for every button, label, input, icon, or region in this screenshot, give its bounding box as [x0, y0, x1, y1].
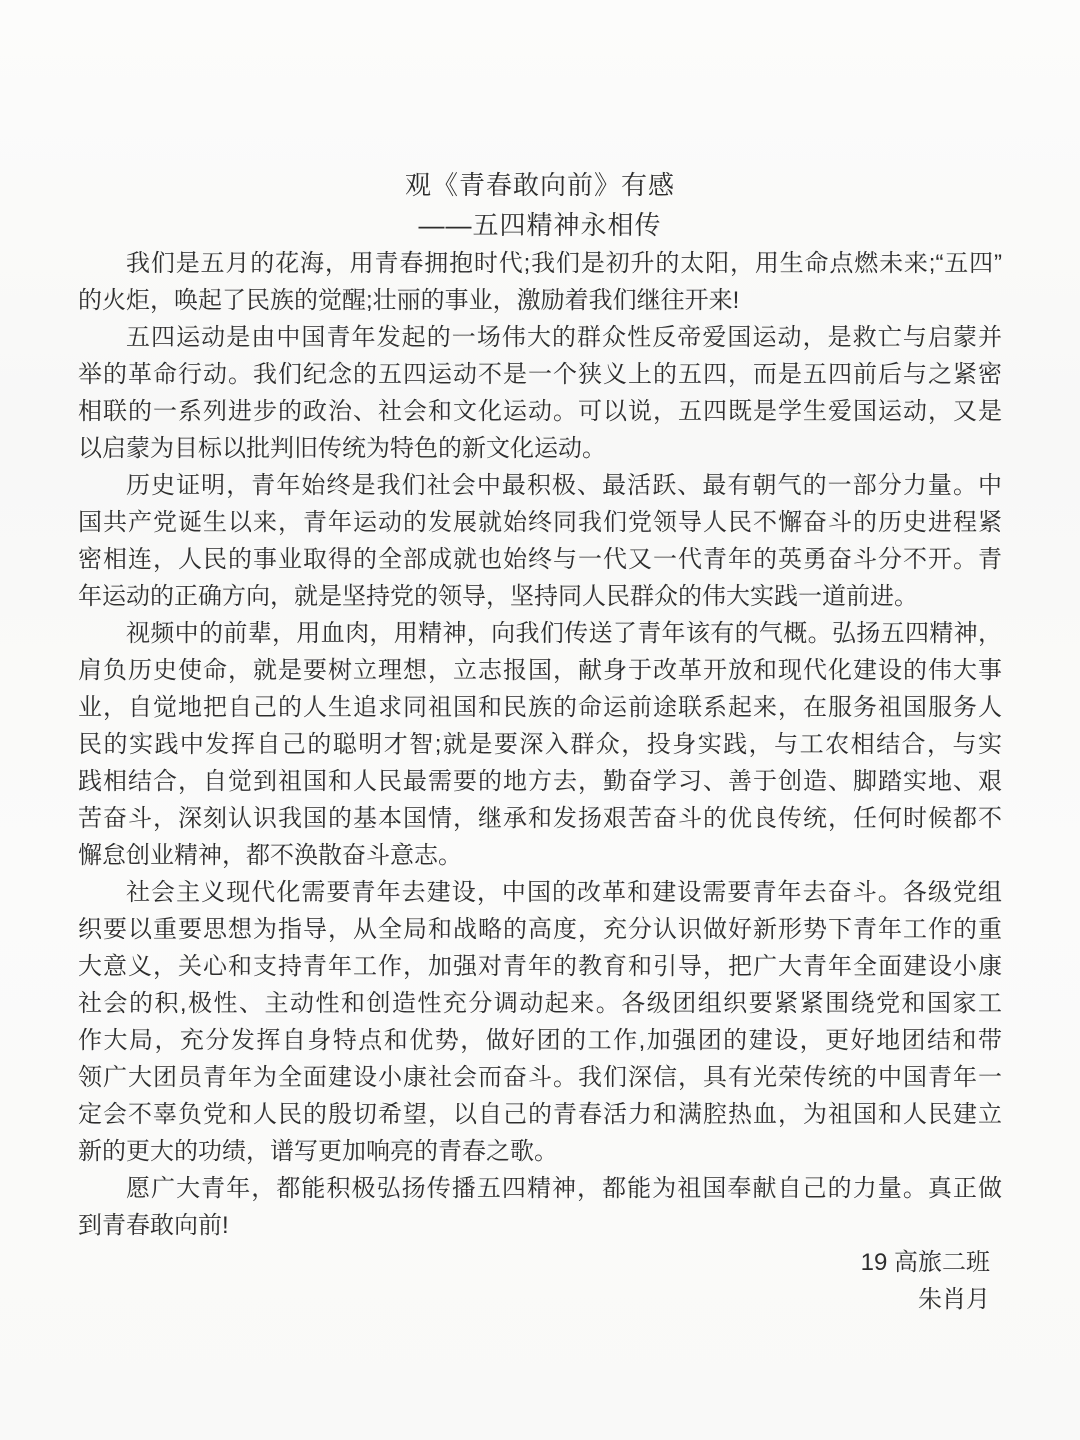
signature-block: 19 高旅二班 朱肖月 — [78, 1244, 1002, 1318]
text-line: 领广大团员青年为全面建设小康社会而奋斗。我们深信，具有光荣传统的中国青年一 — [78, 1059, 1002, 1096]
essay-document-page: 观《青春敢向前》有感 ——五四精神永相传 我们是五月的花海，用青春拥抱时代;我们… — [0, 0, 1080, 1440]
text-line: 五四运动是由中国青年发起的一场伟大的群众性反帝爱国运动，是救亡与启蒙并 — [78, 319, 1002, 356]
text-line: 践相结合，自觉到祖国和人民最需要的地方去，勤奋学习、善于创造、脚踏实地、艰 — [78, 763, 1002, 800]
signature-author: 朱肖月 — [78, 1281, 1002, 1318]
text-line: 社会主义现代化需要青年去建设，中国的改革和建设需要青年去奋斗。各级党组 — [78, 874, 1002, 911]
signature-class: 19 高旅二班 — [78, 1244, 1002, 1281]
text-line: 视频中的前辈，用血肉，用精神，向我们传送了青年该有的气概。弘扬五四精神， — [78, 615, 1002, 652]
text-line: 年运动的正确方向，就是坚持党的领导，坚持同人民群众的伟大实践一道前进。 — [78, 578, 1002, 615]
paragraph: 愿广大青年，都能积极弘扬传播五四精神，都能为祖国奉献自己的力量。真正做 到青春敢… — [78, 1170, 1002, 1244]
text-line: 国共产党诞生以来，青年运动的发展就始终同我们党领导人民不懈奋斗的历史进程紧 — [78, 504, 1002, 541]
text-line: 肩负历史使命，就是要树立理想，立志报国，献身于改革开放和现代化建设的伟大事 — [78, 652, 1002, 689]
text-line: 密相连，人民的事业取得的全部成就也始终与一代又一代青年的英勇奋斗分不开。青 — [78, 541, 1002, 578]
text-line: 苦奋斗，深刻认识我国的基本国情，继承和发扬艰苦奋斗的优良传统，任何时候都不 — [78, 800, 1002, 837]
text-line: 定会不辜负党和人民的殷切希望，以自己的青春活力和满腔热血，为祖国和人民建立 — [78, 1096, 1002, 1133]
paragraph: 我们是五月的花海，用青春拥抱时代;我们是初升的太阳，用生命点燃未来;“五四” 的… — [78, 245, 1002, 319]
text-line: 业，自觉地把自己的人生追求同祖国和民族的命运前途联系起来，在服务祖国服务人 — [78, 689, 1002, 726]
text-line: 到青春敢向前! — [78, 1207, 1002, 1244]
text-line: 织要以重要思想为指导，从全局和战略的高度，充分认识做好新形势下青年工作的重 — [78, 911, 1002, 948]
text-line: 相联的一系列进步的政治、社会和文化运动。可以说，五四既是学生爱国运动，又是 — [78, 393, 1002, 430]
paragraph: 视频中的前辈，用血肉，用精神，向我们传送了青年该有的气概。弘扬五四精神， 肩负历… — [78, 615, 1002, 874]
paragraph: 社会主义现代化需要青年去建设，中国的改革和建设需要青年去奋斗。各级党组 织要以重… — [78, 874, 1002, 1170]
text-line: 举的革命行动。我们纪念的五四运动不是一个狭义上的五四，而是五四前后与之紧密 — [78, 356, 1002, 393]
paragraph: 历史证明，青年始终是我们社会中最积极、最活跃、最有朝气的一部分力量。中 国共产党… — [78, 467, 1002, 615]
text-line: 愿广大青年，都能积极弘扬传播五四精神，都能为祖国奉献自己的力量。真正做 — [78, 1170, 1002, 1207]
text-line: 民的实践中发挥自己的聪明才智;就是要深入群众，投身实践，与工农相结合，与实 — [78, 726, 1002, 763]
text-line: 我们是五月的花海，用青春拥抱时代;我们是初升的太阳，用生命点燃未来;“五四” — [78, 245, 1002, 282]
essay-title: 观《青春敢向前》有感 — [78, 165, 1002, 205]
text-line: 大意义，关心和支持青年工作，加强对青年的教育和引导，把广大青年全面建设小康 — [78, 948, 1002, 985]
text-line: 以启蒙为目标以批判旧传统为特色的新文化运动。 — [78, 430, 1002, 467]
text-line: 的火炬，唤起了民族的觉醒;壮丽的事业，激励着我们继往开来! — [78, 282, 1002, 319]
text-line: 历史证明，青年始终是我们社会中最积极、最活跃、最有朝气的一部分力量。中 — [78, 467, 1002, 504]
essay-subtitle: ——五四精神永相传 — [78, 205, 1002, 245]
paragraph: 五四运动是由中国青年发起的一场伟大的群众性反帝爱国运动，是救亡与启蒙并 举的革命… — [78, 319, 1002, 467]
text-line: 社会的积,极性、主动性和创造性充分调动起来。各级团组织要紧紧围绕党和国家工 — [78, 985, 1002, 1022]
text-line: 懈怠创业精神，都不涣散奋斗意志。 — [78, 837, 1002, 874]
text-line: 作大局，充分发挥自身特点和优势，做好团的工作,加强团的建设，更好地团结和带 — [78, 1022, 1002, 1059]
text-line: 新的更大的功绩，谱写更加响亮的青春之歌。 — [78, 1133, 1002, 1170]
